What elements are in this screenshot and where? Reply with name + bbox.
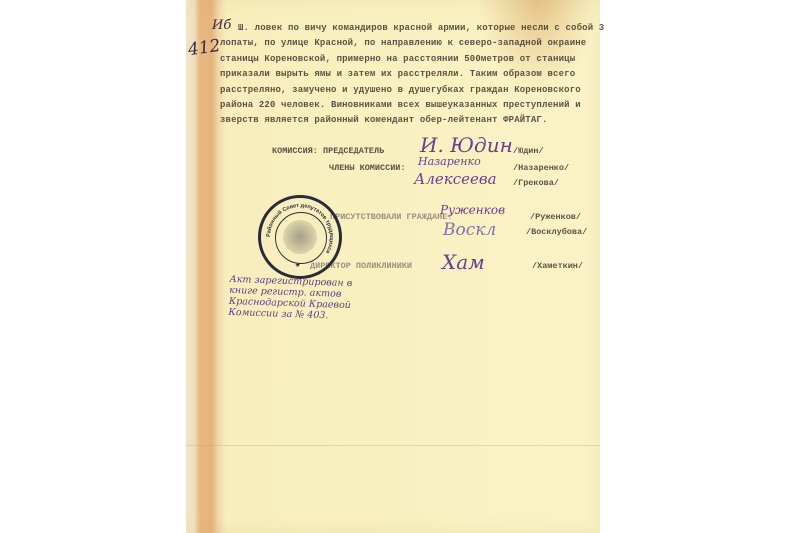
signature-member-2: Алексеева xyxy=(414,170,497,188)
signature-name-clinic-director: /Хаметкин/ xyxy=(532,261,583,271)
body-line: района 220 человек. Виновниками всех выш… xyxy=(220,98,600,113)
signature-role-members: ЧЛЕНЫ КОМИССИИ: xyxy=(329,163,406,173)
signature-citizen-2: Воскл xyxy=(443,220,496,240)
body-line: зверств является районный комендант обер… xyxy=(220,113,600,128)
typed-body: Ш. ловек по вичу командиров красной арми… xyxy=(220,21,600,129)
registration-note: Акт зарегистрирован в книге регистр. акт… xyxy=(228,274,352,322)
signature-clinic-director: Хам xyxy=(442,250,485,274)
signature-role-chairman: КОМИССИЯ: ПРЕДСЕДАТЕЛЬ xyxy=(272,146,384,156)
signature-name-member-1: /Назаренко/ xyxy=(513,163,569,173)
body-line: Ш. ловек по вичу командиров красной арми… xyxy=(220,21,600,36)
signature-citizen-1: Руженков xyxy=(440,203,505,217)
emblem-icon xyxy=(283,220,317,254)
body-line: расстреляно, замучено и удушено в душегу… xyxy=(220,83,600,98)
signature-name-citizen-1: /Руженков/ xyxy=(530,212,581,222)
body-line: приказали вырыть ямы и затем их расстрел… xyxy=(220,67,600,82)
signature-name-citizen-2: /Восклубова/ xyxy=(526,227,587,237)
paper-fold-line xyxy=(186,445,600,446)
signature-chairman: И. Юдин xyxy=(420,133,513,157)
signature-role-citizens: ПРИСУТСТВОВАЛИ ГРАЖДАНЕ: xyxy=(330,212,452,222)
body-line: станицы Кореновской, примерно на расстоя… xyxy=(220,52,600,67)
signature-name-member-2: /Грекова/ xyxy=(513,178,559,188)
signature-member-1: Назаренко xyxy=(418,155,481,168)
star-icon: ★ xyxy=(295,260,300,270)
body-line: лопаты, по улице Красной, по направлению… xyxy=(220,36,600,51)
official-seal: Районный Совет депутатов трудящихся ★ xyxy=(258,195,342,279)
signature-name-chairman: /Юдин/ xyxy=(513,146,544,156)
